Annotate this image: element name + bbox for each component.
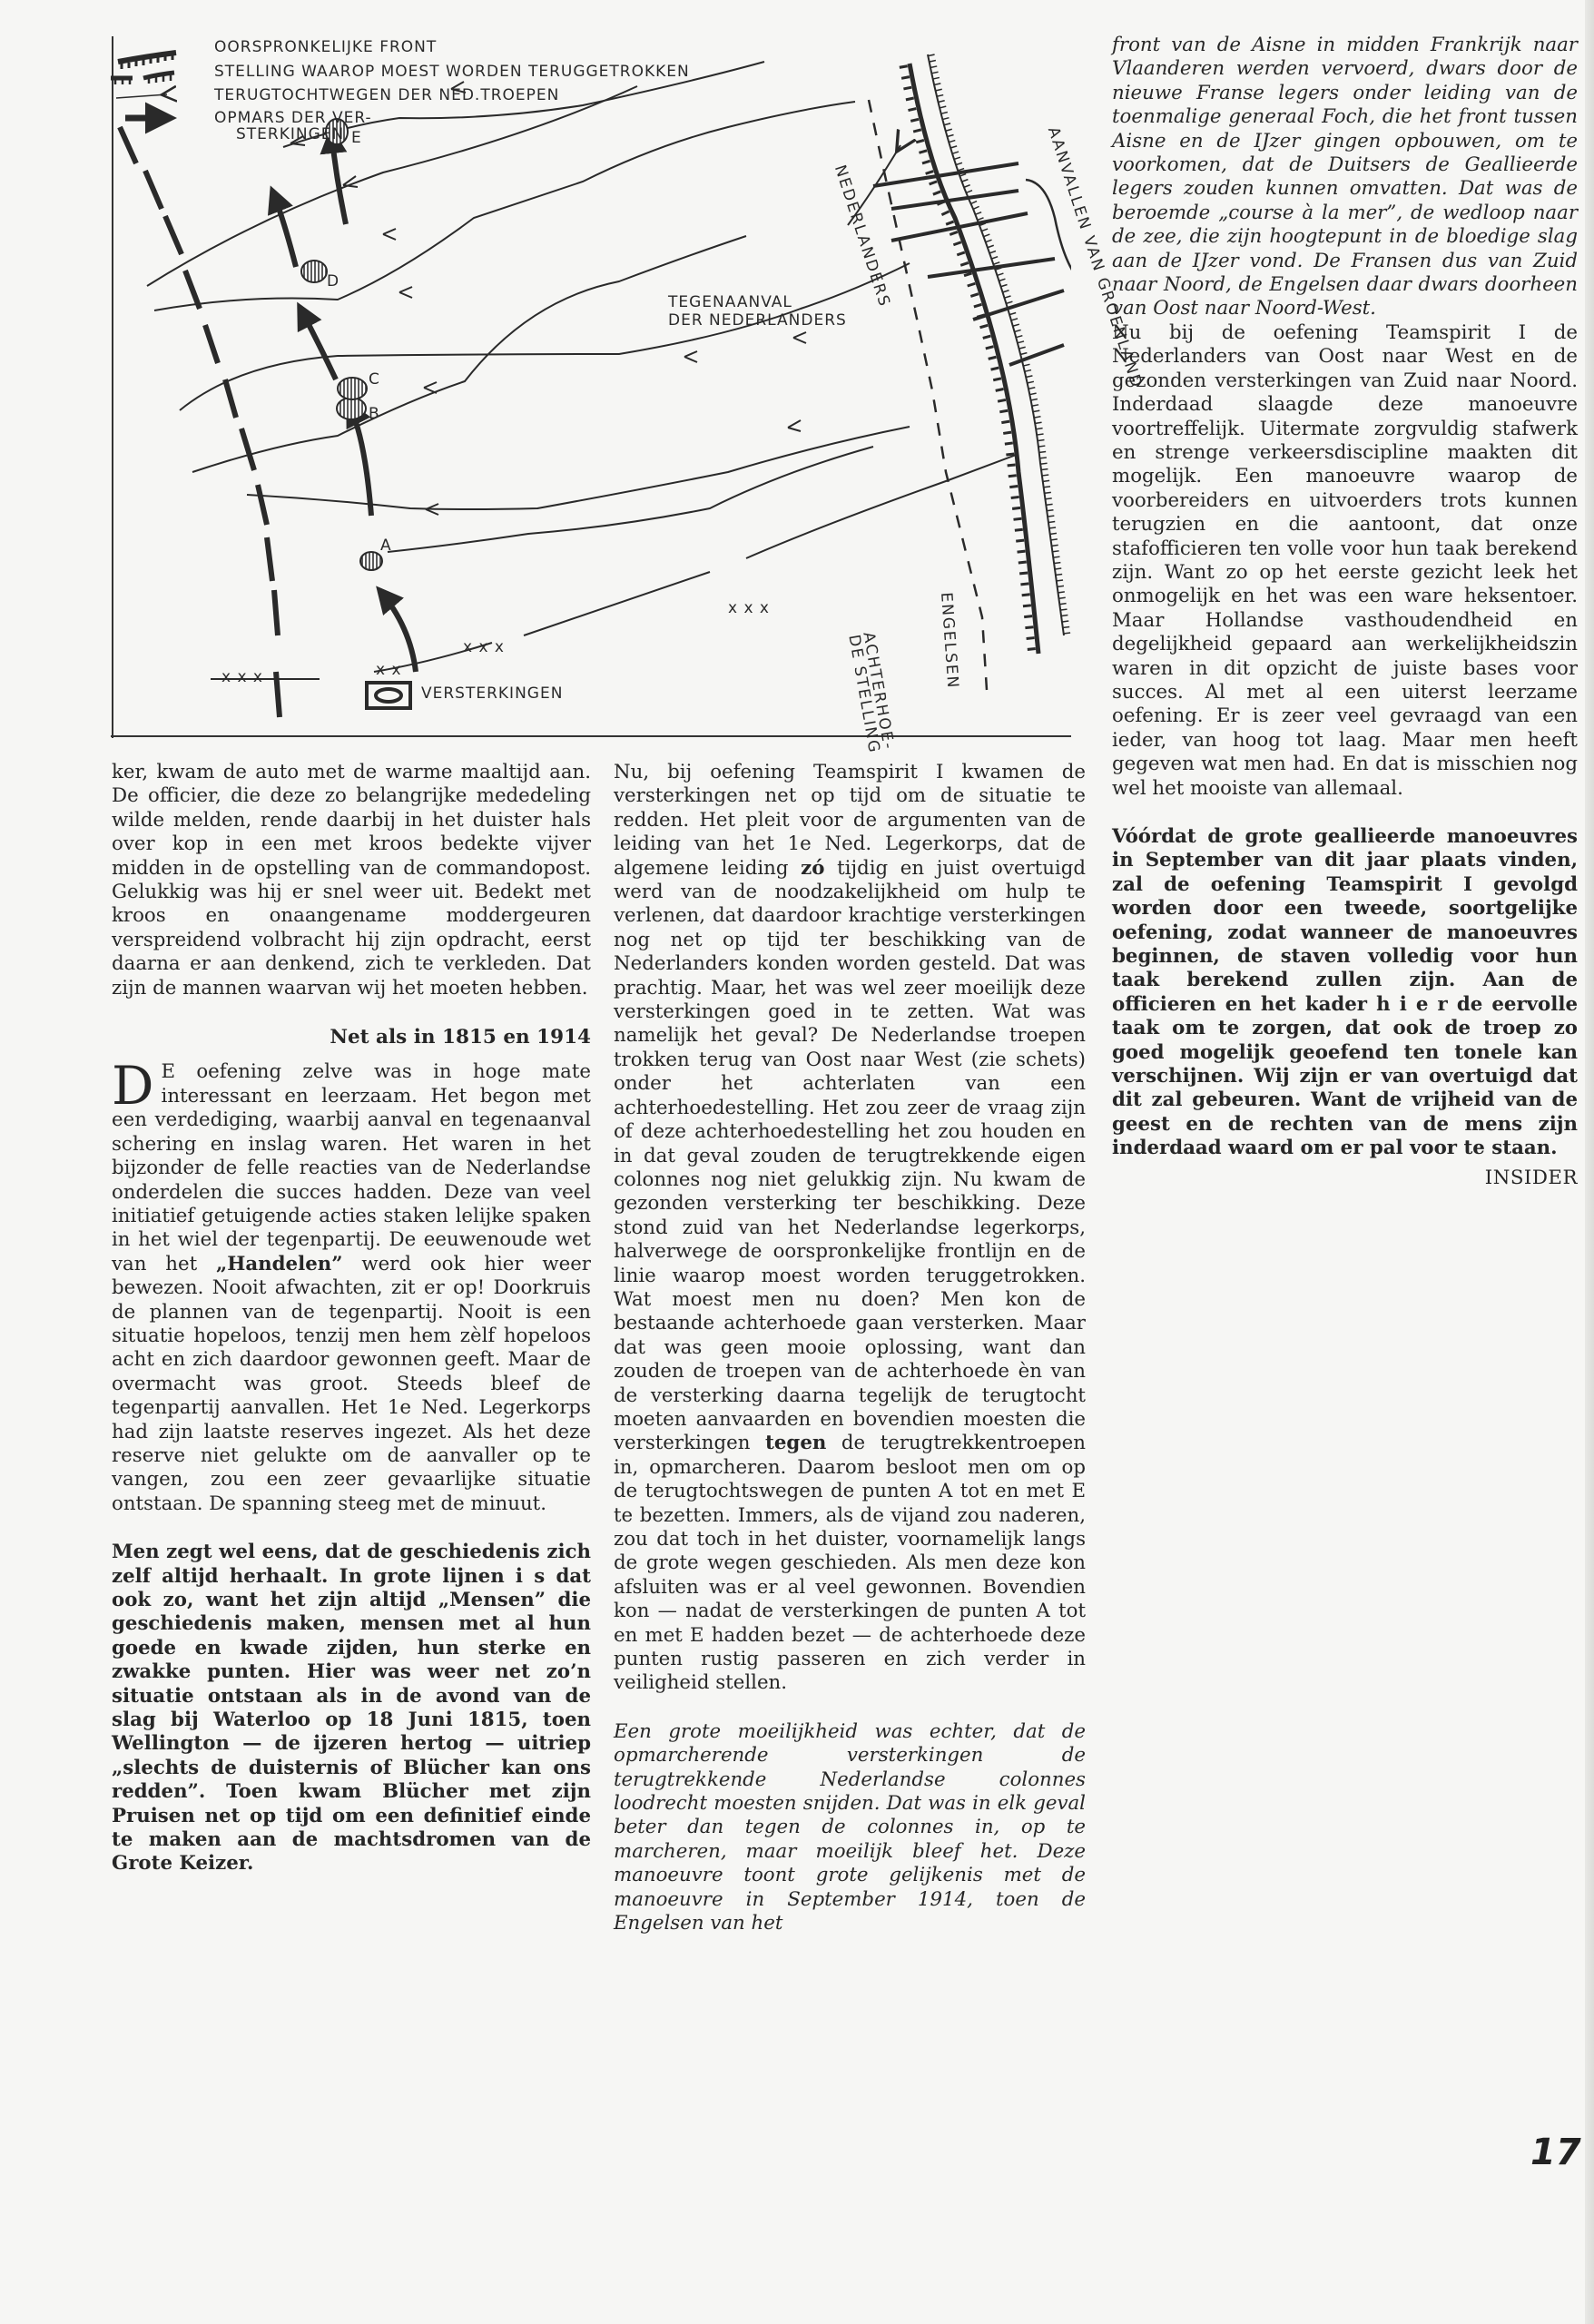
section-subheading: Net als in 1815 en 1914 (112, 1026, 591, 1049)
author-signature: INSIDER (1112, 1167, 1578, 1190)
point-label-e: E (351, 131, 362, 146)
drop-cap: D (112, 1064, 154, 1108)
article-column-right: front van de Aisne in midden Frankrijk n… (1112, 34, 1578, 1190)
original-front (903, 54, 1068, 655)
rearguard-dashed-line (869, 100, 987, 690)
xxx-marker-3: x x x (221, 670, 263, 685)
emphasis: zó (801, 857, 824, 880)
legend-label-reinforcement-advance: OPMARS DER VER- (214, 111, 372, 126)
xxx-marker-2: x x x (463, 640, 505, 655)
reinforcements-label: VERSTERKINGEN (421, 686, 563, 702)
tactical-map-sketch: OORSPRONKELIJKE FRONT STELLING WAAROP MO… (111, 36, 1071, 738)
brace (1026, 180, 1071, 356)
counterattack-label-1: TEGENAANVAL (668, 295, 792, 310)
legend-symbols (111, 53, 176, 118)
article-column-middle: Nu, bij oefening Teamspirit I kwamen de … (614, 761, 1086, 1936)
point-label-c: C (369, 372, 380, 388)
xxx-marker-1: x x x (728, 601, 770, 616)
point-label-a: A (380, 538, 392, 554)
legend-label-retreat-routes: TERUGTOCHTWEGEN DER NED.TROEPEN (214, 88, 559, 103)
paragraph-bold: Men zegt wel eens, dat de geschiedenis z… (112, 1541, 591, 1876)
point-label-b: B (369, 407, 380, 422)
paragraph-bold: Vóórdat de grote geallieerde manoeuvres … (1112, 825, 1578, 1161)
reinforcements-symbol (367, 683, 410, 708)
emphasis: „Handelen” (216, 1253, 342, 1275)
point-label-d: D (327, 274, 339, 290)
retreat-routes (147, 62, 1018, 679)
legend-label-original-front: OORSPRONKELIJKE FRONT (214, 40, 437, 55)
paragraph: ker, kwam de auto met de warme maaltijd … (112, 761, 591, 1000)
paragraph: DE oefening zelve was in hoge mate inter… (112, 1060, 591, 1516)
emphasis: tegen (765, 1432, 826, 1454)
counterattack-label-2: DER NEDERLANDERS (668, 313, 847, 329)
withdrawal-line (120, 127, 280, 717)
page-number: 17 (1530, 2132, 1581, 2173)
greenland-attacks (873, 163, 1064, 365)
page-edge (1585, 0, 1594, 2324)
legend-label-reinforcement-advance-2: STERKINGEN (236, 127, 344, 143)
paragraph: Nu, bij oefening Teamspirit I kwamen de … (614, 761, 1086, 1696)
paragraph-italic: Een grote moeilijkheid was echter, dat d… (614, 1720, 1086, 1936)
paragraph: Nu bij de oefening Teamspirit I de Neder… (1112, 321, 1578, 801)
paragraph-italic: front van de Aisne in midden Frankrijk n… (1112, 34, 1578, 321)
xx-marker: x x (376, 663, 402, 678)
article-column-left: ker, kwam de auto met de warme maaltijd … (112, 761, 591, 1876)
legend-label-withdrawal-position: STELLING WAAROP MOEST WORDEN TERUGGETROK… (214, 64, 690, 80)
